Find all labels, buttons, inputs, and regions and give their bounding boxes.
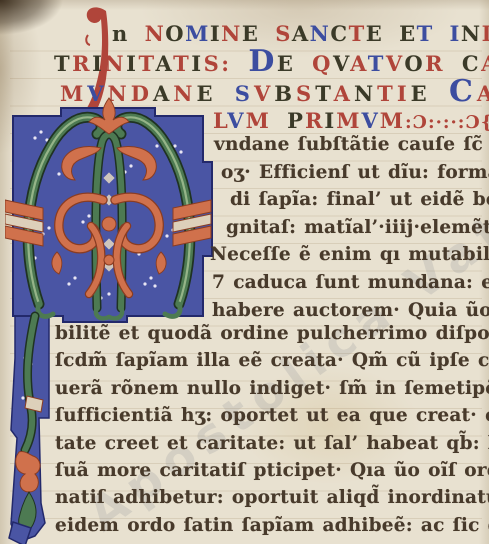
rubric-letter: n [112, 21, 129, 46]
rubric-letter: M [380, 108, 405, 133]
rubric-letter: V [227, 108, 245, 133]
rubric-letter: P [287, 108, 305, 133]
rubric-letter: T [417, 21, 434, 46]
text-line: ſuã more caritatiſ pticipet· Qıa ũo oĩſ … [55, 457, 489, 484]
rubric-letter: I [191, 51, 203, 76]
rubric-letter: E [366, 21, 384, 46]
rubric-letter: A [481, 51, 489, 76]
rubric-letter: E [277, 51, 296, 76]
rubric-letter: C [330, 21, 348, 46]
text-line: 7 caduca ſunt mundana: eadẽ [212, 269, 489, 296]
text-line: vndane ſubſtãtie cauſe ſc̃ qt̃u [214, 131, 489, 158]
text-line: bilitẽ et quodã ordine pulcherrimo diſpo… [55, 320, 489, 347]
rubric-letter: N [461, 21, 482, 46]
text-line: tate creet et caritate: ut ſal’ habeat q… [55, 430, 489, 457]
rubric-letter: D [248, 44, 277, 79]
rubric-letter: R [305, 108, 324, 133]
rubric-letter: I [324, 108, 336, 133]
rubric-letter: O [165, 21, 185, 46]
rubric-letter: C [462, 51, 481, 76]
rubric-letter: E [399, 21, 417, 46]
text-line: gnitaſ: matĩal’·iiij·elemẽta· [226, 214, 489, 241]
manuscript-page: n NOMINE SANCTE ET INDIVIDVE TRINITATIS:… [0, 0, 489, 544]
rubric-letter: A [334, 81, 354, 106]
text-line: natiſ adhibetur: oportuit aliqd̃ inordin… [55, 484, 489, 511]
rubric-letter: N [221, 21, 242, 46]
rubric-letter: R [425, 51, 445, 76]
rubric-line-1: n NOMINE SANCTE ET INDIVIDVE [112, 21, 489, 47]
rubric-letter: A [350, 51, 368, 76]
rubric-letter: D [482, 21, 489, 46]
text-line: di ſapĩa: final’ ut eidẽ beni [230, 186, 489, 213]
rubric-letter: T [54, 51, 72, 76]
rubric-letter: I [397, 81, 411, 106]
text-line: ſcdm̃ ſapĩam illa eẽ creata· Qm̃ cũ ipſe… [55, 347, 489, 374]
text-line: ſufficientiã hʒ: oportet ut ea que creat… [55, 402, 489, 429]
rubric-letter: A [477, 81, 489, 106]
rubric-letter: M [185, 21, 210, 46]
rubric-letter: N [354, 81, 377, 106]
rubric-letter: V [333, 51, 350, 76]
rubric-letter: T [173, 51, 191, 76]
rubric-letter: N [145, 21, 166, 46]
rubric-letter: T [368, 51, 386, 76]
rubric-letter: A [292, 21, 310, 46]
rubric-letter: S [204, 51, 222, 76]
rubric-letter: S [296, 81, 315, 106]
rubric-line-2: TRINITATIS: DE QVATVOR CAVSIS [54, 51, 489, 77]
rubric-letter: V [386, 51, 404, 76]
rubric-letter: I [210, 21, 221, 46]
rubric-letter: T [349, 21, 366, 46]
rubric-letter: O [404, 51, 425, 76]
rubric-letter: :Ɔ:·:·:Ɔ{ [405, 112, 489, 133]
rubric-letter: I [126, 51, 138, 76]
rubric-letter: E [411, 81, 431, 106]
rubric-letter: B [274, 81, 296, 106]
rubric-letter: A [155, 51, 173, 76]
rubric-letter: V [361, 108, 379, 133]
rubric-letter: C [449, 74, 477, 109]
text-line: Neceſſe ẽ enim qı mutabilia [210, 241, 489, 268]
rubric-letter: E [242, 21, 260, 46]
text-line: eidem ordo ſatin ſapĩam adhibeẽ: ac ſic … [55, 512, 489, 539]
rubric-letter: N [104, 51, 126, 76]
rubric-letter: V [254, 81, 274, 106]
rubric-letter: T [315, 81, 333, 106]
rubric-letter: R [72, 51, 92, 76]
rubric-letter: T [377, 81, 397, 106]
rubric-letter: I [450, 21, 461, 46]
rubric-letter: T [138, 51, 155, 76]
rubric-letter: M [336, 108, 361, 133]
text-line: oʒ· Efficienſ ut dĩu: formaliſ ut [221, 159, 489, 186]
rubric-letter: : [221, 51, 231, 76]
rubric-letter: Q [312, 51, 333, 76]
rubric-letter: N [310, 21, 331, 46]
rubric-letter: M [246, 108, 271, 133]
rubric-letter: S [235, 81, 254, 106]
rubric-letter: S [275, 21, 292, 46]
rubric-letter: I [92, 51, 104, 76]
text-line: uerã rõnem nullo indiget· ſm̃ in ſemetip… [55, 375, 489, 402]
